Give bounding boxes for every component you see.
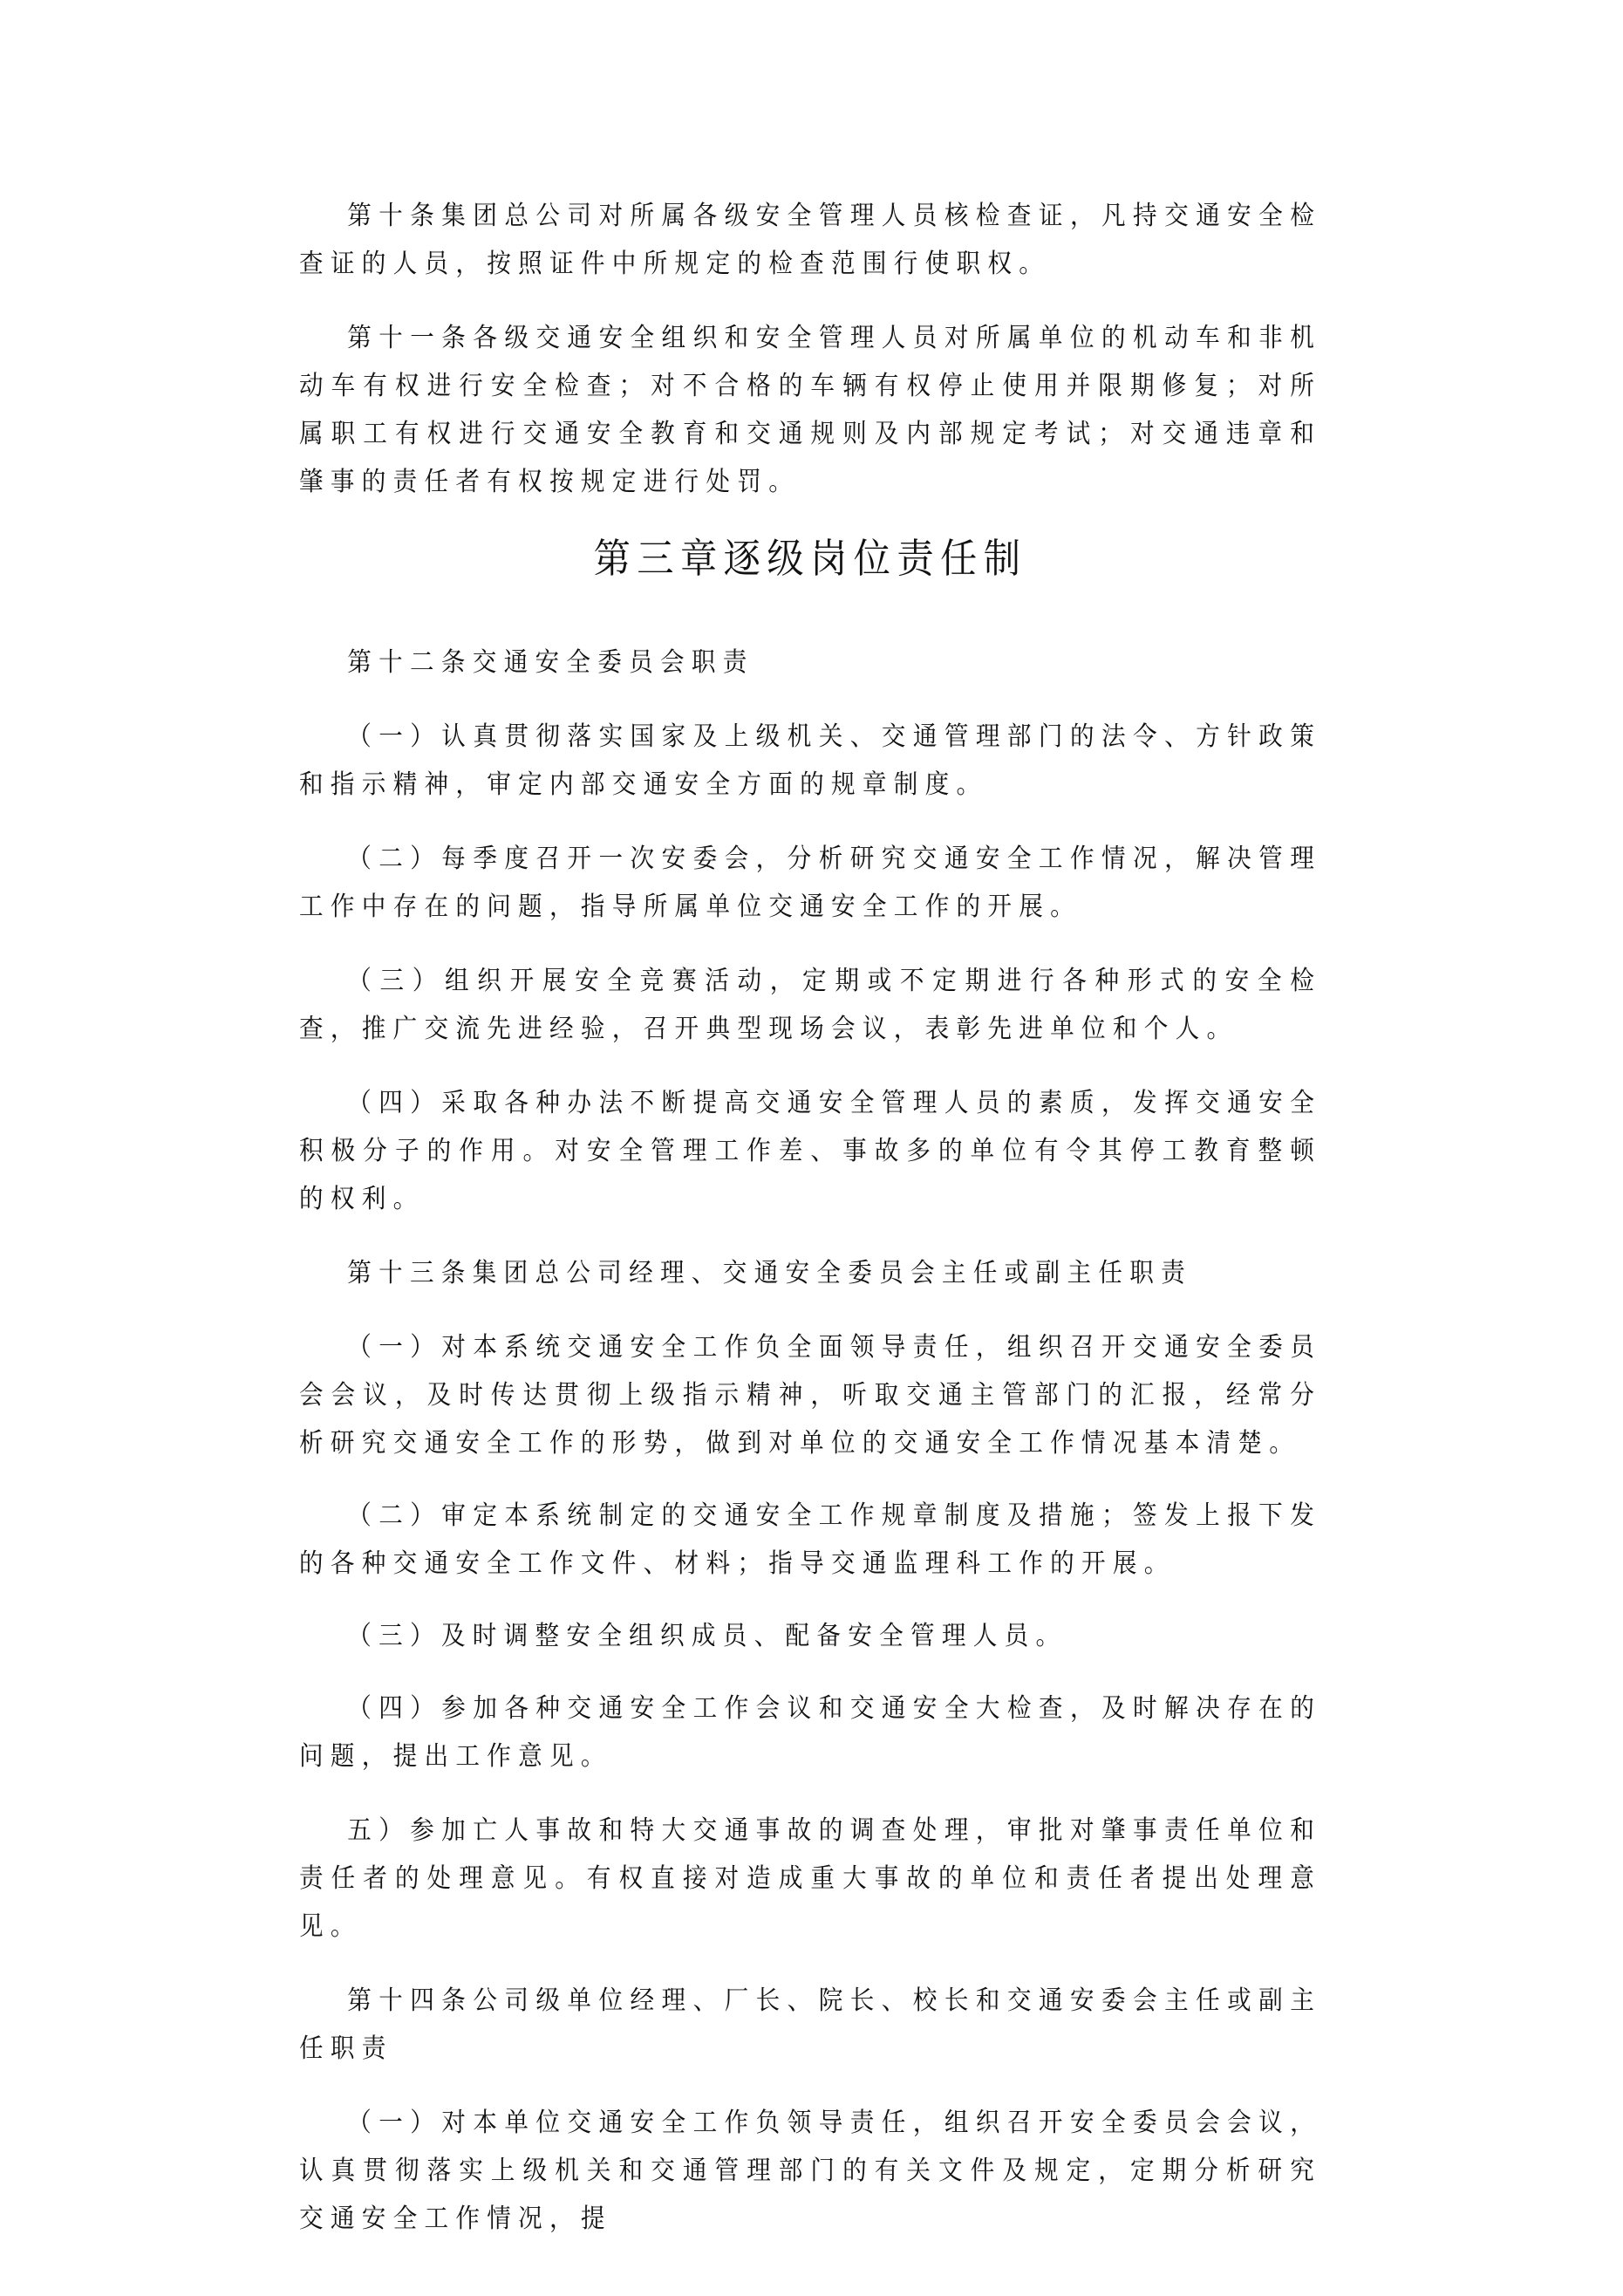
article-10-paragraph: 第十条集团总公司对所属各级安全管理人员核检查证，凡持交通安全检查证的人员，按照证… <box>299 192 1321 288</box>
article-13-title: 第十三条集团总公司经理、交通安全委员会主任或副主任职责 <box>299 1249 1321 1297</box>
article-13-item-5: 五）参加亡人事故和特大交通事故的调查处理，审批对肇事责任单位和责任者的处理意见。… <box>299 1807 1321 1951</box>
article-11-paragraph: 第十一条各级交通安全组织和安全管理人员对所属单位的机动车和非机动车有权进行安全检… <box>299 314 1321 506</box>
article-12-item-2: （二）每季度召开一次安委会，分析研究交通安全工作情况，解决管理工作中存在的问题，… <box>299 835 1321 931</box>
article-12-title: 第十二条交通安全委员会职责 <box>299 639 1321 687</box>
article-13-item-2: （二）审定本系统制定的交通安全工作规章制度及措施；签发上报下发的各种交通安全工作… <box>299 1492 1321 1588</box>
document-body: 第十条集团总公司对所属各级安全管理人员核检查证，凡持交通安全检查证的人员，按照证… <box>299 192 1321 2269</box>
article-12-item-4: （四）采取各种办法不断提高交通安全管理人员的素质，发挥交通安全积极分子的作用。对… <box>299 1079 1321 1223</box>
article-13-item-4: （四）参加各种交通安全工作会议和交通安全大检查，及时解决存在的问题，提出工作意见… <box>299 1684 1321 1780</box>
document-page: 第十条集团总公司对所属各级安全管理人员核检查证，凡持交通安全检查证的人员，按照证… <box>0 0 1623 2296</box>
article-13-item-1: （一）对本系统交通安全工作负全面领导责任，组织召开交通安全委员会会议，及时传达贯… <box>299 1323 1321 1467</box>
article-12-item-3: （三）组织开展安全竞赛活动，定期或不定期进行各种形式的安全检查，推广交流先进经验… <box>299 957 1321 1053</box>
article-12-item-1: （一）认真贯彻落实国家及上级机关、交通管理部门的法令、方针政策和指示精神，审定内… <box>299 713 1321 809</box>
chapter-title: 第三章逐级岗位责任制 <box>340 532 1280 584</box>
article-13-item-3: （三）及时调整安全组织成员、配备安全管理人员。 <box>299 1612 1321 1660</box>
article-14-item-1: （一）对本单位交通安全工作负领导责任，组织召开安全委员会会议，认真贯彻落实上级机… <box>299 2099 1321 2243</box>
article-14-title: 第十四条公司级单位经理、厂长、院长、校长和交通安委会主任或副主任职责 <box>299 1977 1321 2073</box>
